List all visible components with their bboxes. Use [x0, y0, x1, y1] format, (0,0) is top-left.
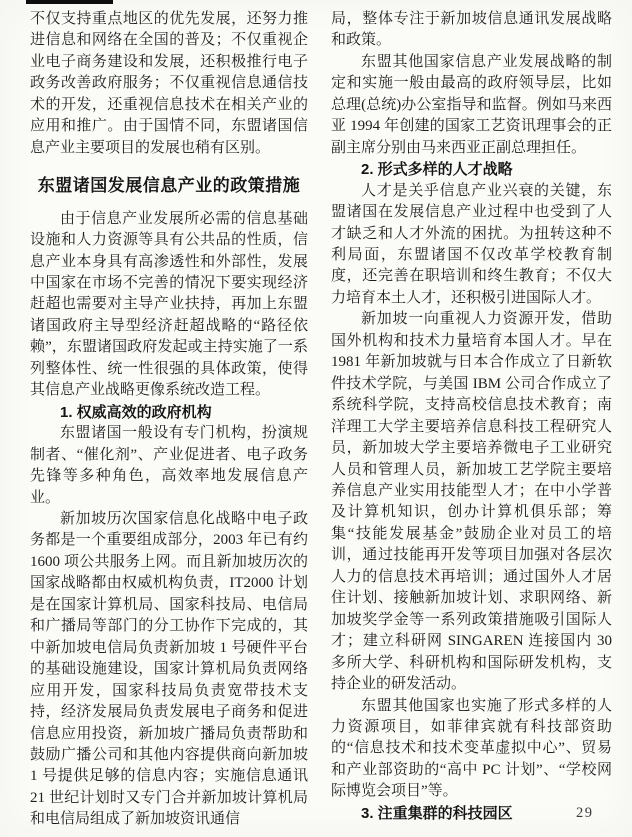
paragraph-continued: 不仅支持重点地区的优先发展，还努力推进信息和网络在全国的普及；不仅重视企业电子商… — [30, 9, 308, 159]
right-column: 局，整体专注于新加坡信息通讯发展战略和政策。 东盟其他国家信息产业发展战略的制定… — [331, 9, 612, 824]
subheading-government-bodies: 1. 权威高效的政府机构 — [30, 402, 308, 423]
scanned-book-page: 不仅支持重点地区的优先发展，还努力推进信息和网络在全国的普及；不仅重视企业电子商… — [0, 0, 632, 837]
section-heading: 东盟诸国发展信息产业的政策措施 — [30, 175, 308, 196]
subheading-science-parks: 3. 注重集群的科技园区 — [331, 803, 612, 824]
paragraph-continued: 局，整体专注于新加坡信息通讯发展战略和政策。 — [331, 9, 612, 52]
paragraph: 东盟诸国一般设有专门机构，扮演规制者、“催化剂”、产业促进者、电子政务先锋等多种… — [30, 423, 308, 509]
left-column: 不仅支持重点地区的优先发展，还努力推进信息和网络在全国的普及；不仅重视企业电子商… — [30, 9, 308, 831]
paragraph: 人才是关乎信息产业兴衰的关键，东盟诸国在发展信息产业过程中也受到了人才缺乏和人才… — [331, 181, 612, 310]
paragraph: 新加坡一向重视人力资源开发，借助国外机构和技术力量培育本国人才。早在 1981 … — [331, 309, 612, 695]
paragraph: 东盟其他国家也实施了形式多样的人力资源项目，如菲律宾就有科技部资助的“信息技术和… — [331, 696, 612, 803]
paragraph: 新加坡历次国家信息化战略中电子政务都是一个重要组成部分，2003 年已有约 16… — [30, 509, 308, 831]
page-number: 29 — [576, 805, 594, 822]
paragraph: 东盟其他国家信息产业发展战略的制定和实施一般由最高的政府领导层，比如总理(总统)… — [331, 52, 612, 159]
scan-artifact-mark — [26, 0, 113, 4]
subheading-talent-strategy: 2. 形式多样的人才战略 — [331, 159, 612, 180]
paragraph: 由于信息产业发展所必需的信息基础设施和人力资源等具有公共品的性质，信息产业本身具… — [30, 209, 308, 402]
